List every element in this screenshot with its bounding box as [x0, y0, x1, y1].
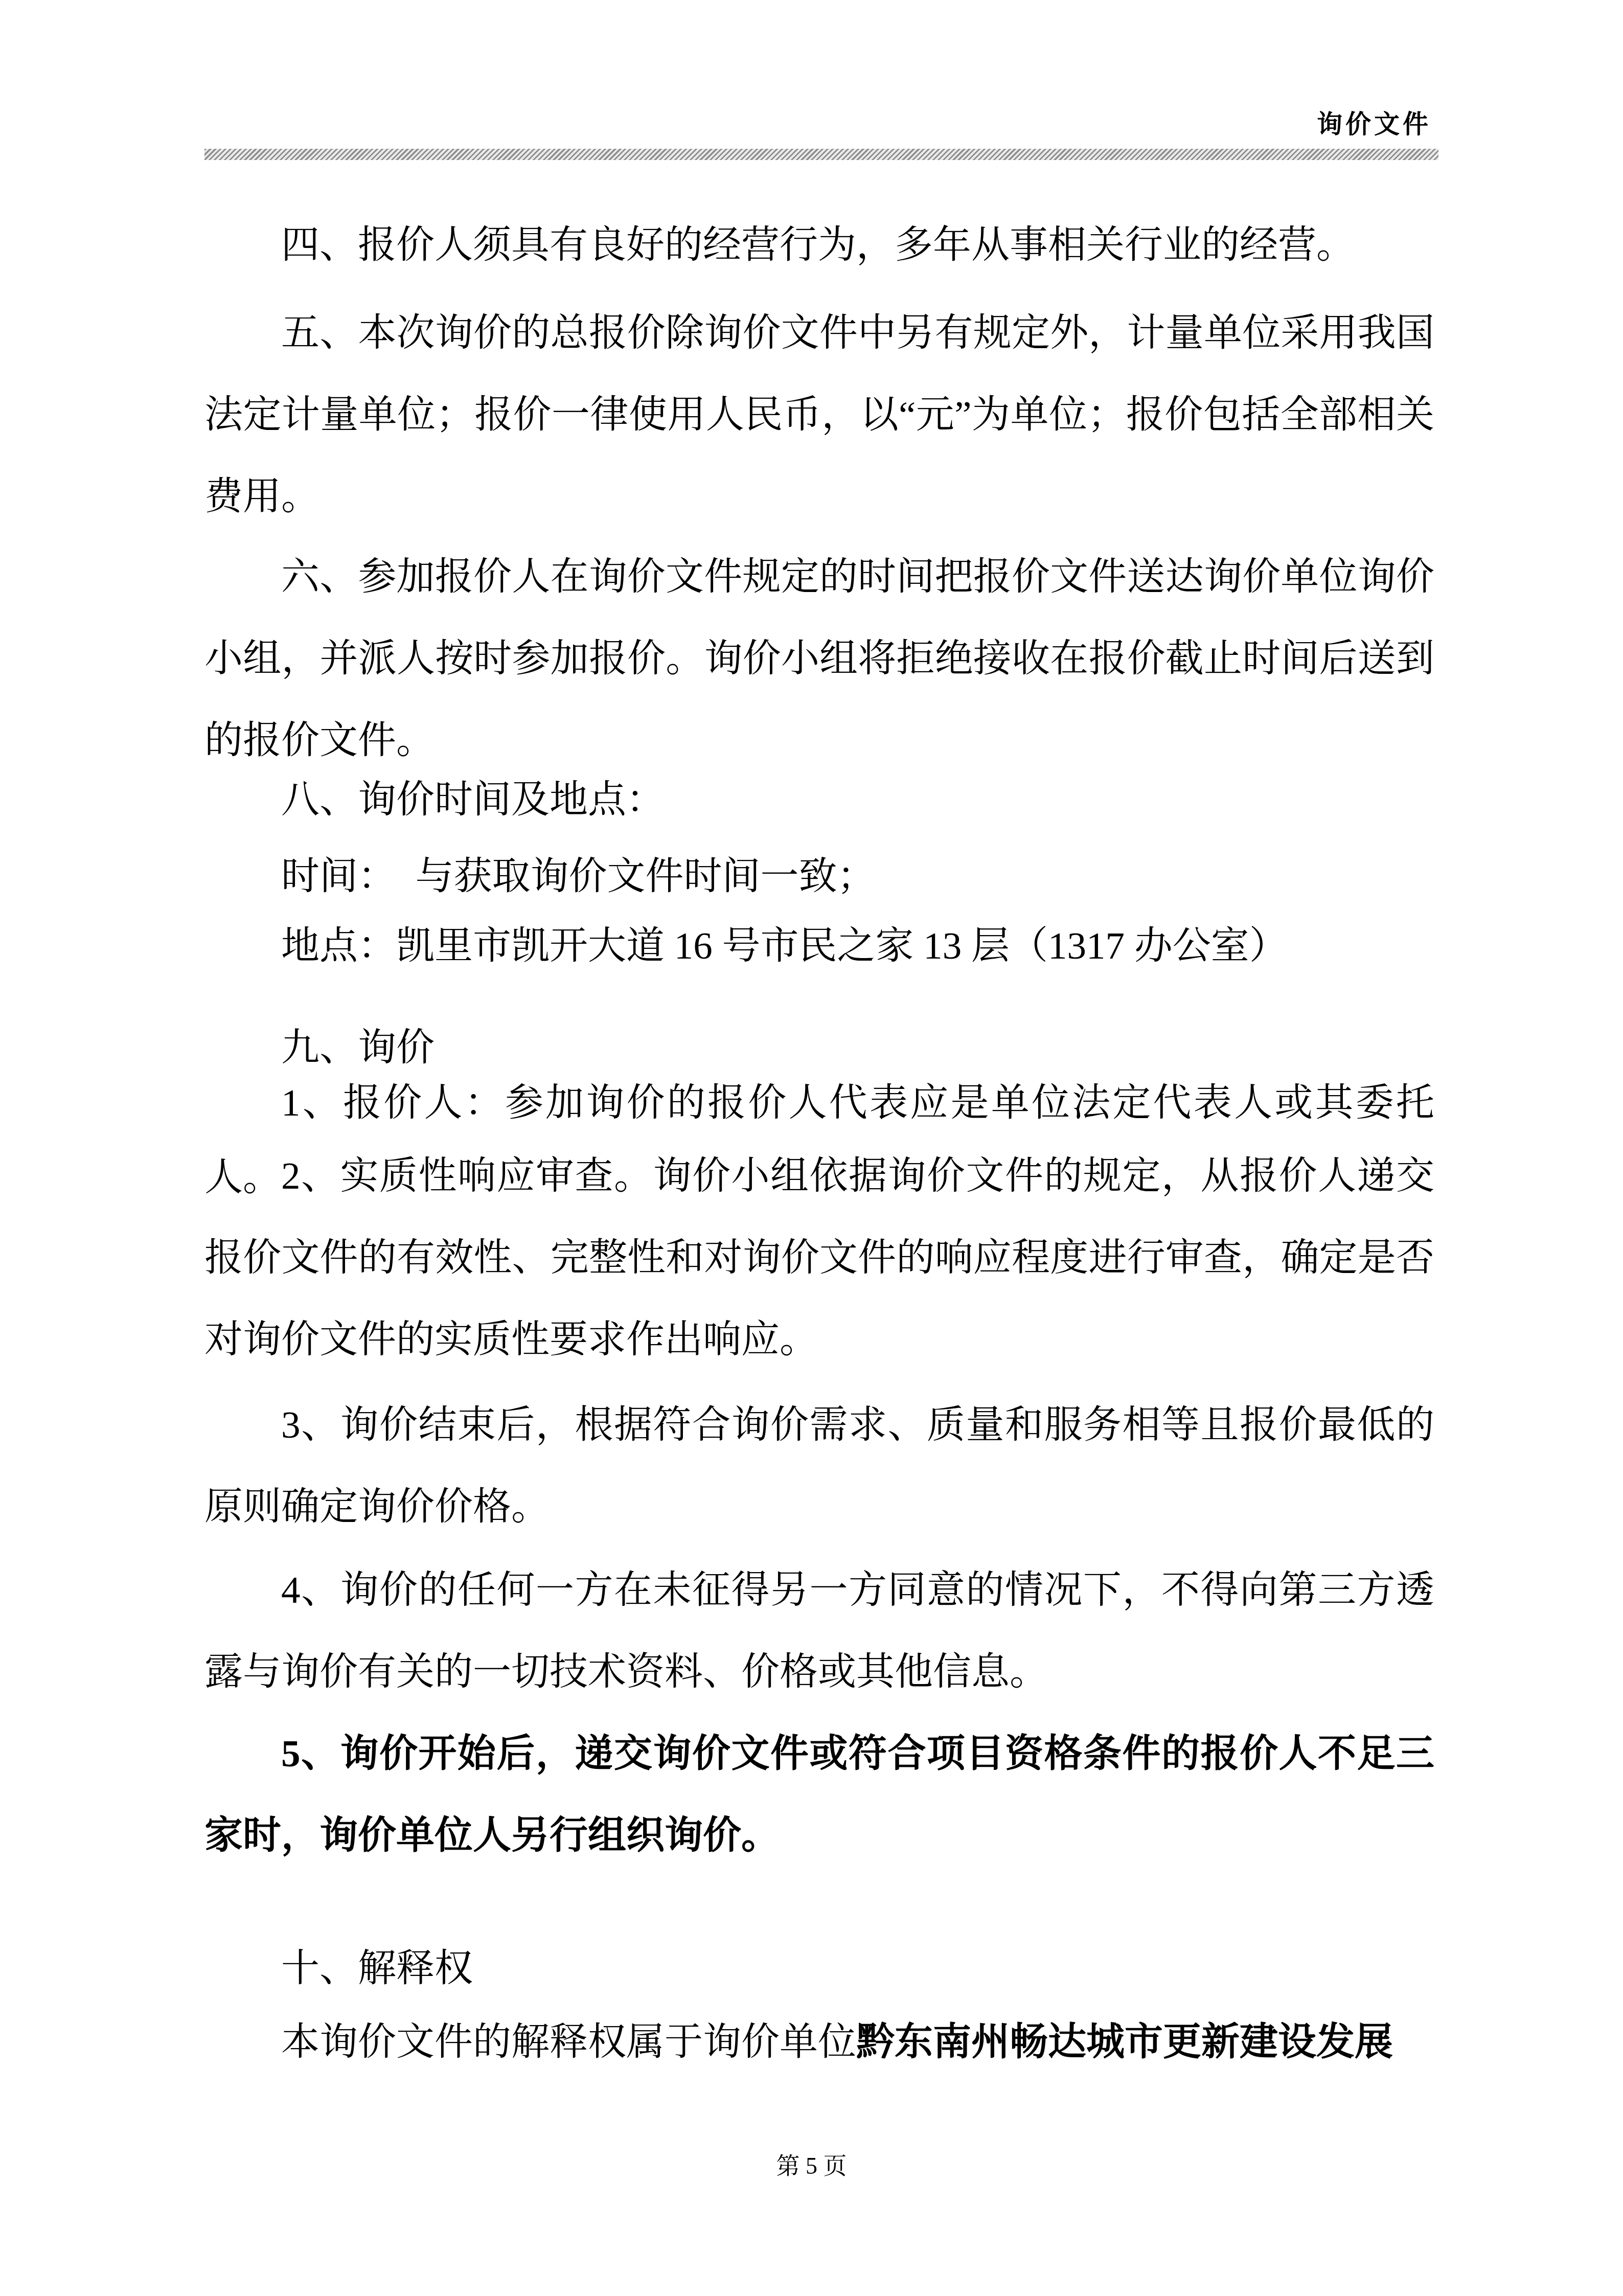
paragraph-location-line: 地点：凯里市凯开大道 16 号市民之家 13 层（1317 办公室）	[204, 909, 1434, 984]
paragraph-clause-9-4: 4、询价的任何一方在未征得另一方同意的情况下，不得向第三方透露与询价有关的一切技…	[204, 1550, 1434, 1713]
document-page: 询价文件 四、报价人须具有良好的经营行为，多年从事相关行业的经营。 五、本次询价…	[0, 0, 1623, 2296]
interpretation-unit-name-bold: 黔东南州畅达城市更新建设发展	[856, 2021, 1393, 2063]
interpretation-text-run: 本询价文件的解释权属于询价单位	[281, 2021, 856, 2063]
paragraph-clause-9-2: 2、实质性响应审查。询价小组依据询价文件的规定，从报价人递交报价文件的有效性、完…	[204, 1135, 1434, 1381]
paragraph-interpretation-clause: 本询价文件的解释权属于询价单位黔东南州畅达城市更新建设发展	[204, 2002, 1434, 2083]
paragraph-time-line: 时间： 与获取询价文件时间一致；	[204, 839, 1434, 914]
header-title: 询价文件	[204, 106, 1431, 142]
paragraph-clause-10-heading: 十、解释权	[204, 1931, 1434, 2006]
paragraph-clause-8-heading: 八、询价时间及地点：	[204, 763, 1434, 837]
paragraph-clause-9-3: 3、询价结束后，根据符合询价需求、质量和服务相等且报价最低的原则确定询价价格。	[204, 1384, 1434, 1548]
page-number-footer: 第 5 页	[0, 2152, 1623, 2180]
paragraph-clause-4: 四、报价人须具有良好的经营行为，多年从事相关行业的经营。	[204, 204, 1434, 286]
paragraph-clause-6: 六、参加报价人在询价文件规定的时间把报价文件送达询价单位询价小组，并派人按时参加…	[204, 536, 1434, 782]
paragraph-clause-9-5: 5、询价开始后，递交询价文件或符合项目资格条件的报价人不足三家时，询价单位人另行…	[204, 1713, 1434, 1877]
paragraph-clause-5: 五、本次询价的总报价除询价文件中另有规定外，计量单位采用我国法定计量单位；报价一…	[204, 292, 1434, 538]
header-divider-hatched	[204, 149, 1438, 160]
